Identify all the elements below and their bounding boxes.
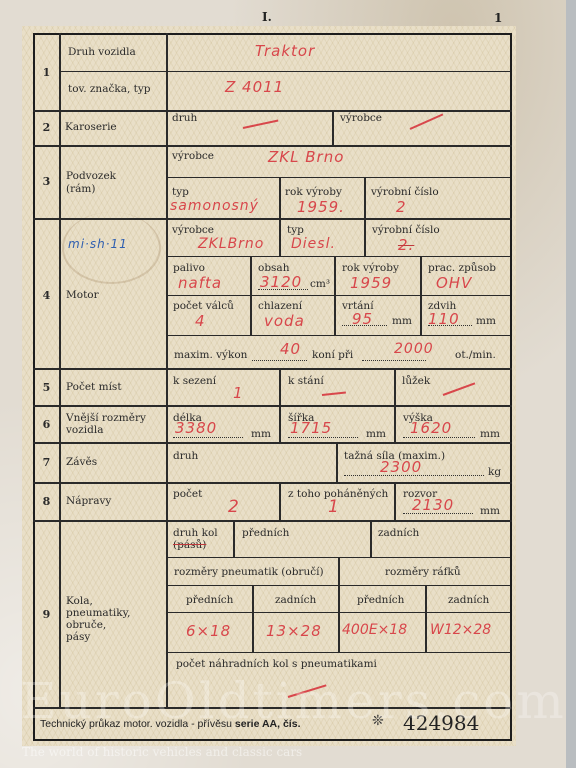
label-column-divider [166, 33, 168, 707]
cell-divider [425, 586, 427, 652]
karoserie-vyrobce-label: výrobce [340, 112, 382, 124]
num-column-divider [59, 33, 61, 707]
napravy-label: Nápravy [66, 495, 111, 507]
row-number: 4 [33, 289, 60, 302]
row-number: 1 [33, 66, 60, 79]
cell-divider [252, 586, 254, 652]
pneu-header: rozměry pneumatik (obručí) [174, 566, 324, 578]
motor-cislo-label: výrobní číslo [372, 224, 440, 236]
podvozek-typ-value: samonosný [170, 198, 259, 214]
podvozek-label: Podvozek [66, 170, 116, 182]
motor-split [167, 295, 510, 296]
cell-divider [338, 558, 340, 653]
row-divider [33, 482, 512, 484]
rafek-predni-value: 400E×18 [342, 622, 407, 638]
row-divider [33, 368, 512, 370]
cell-divider [334, 256, 336, 335]
luzek-label: lůžek [402, 375, 430, 387]
r9-split [167, 652, 510, 653]
podvozek-cislo-value: 2 [396, 198, 407, 216]
obsah-unit: cm³ [310, 278, 330, 290]
prac-zpusob-label: prac. způsob [428, 262, 496, 274]
vykon-value: 40 [280, 340, 301, 358]
cell-divider [394, 368, 396, 405]
row-divider [33, 442, 512, 444]
cell-divider [233, 520, 235, 557]
podvozek-cislo-label: výrobní číslo [371, 186, 439, 198]
cell-divider [279, 218, 281, 256]
pneu-zadnich-label: zadních [275, 594, 316, 606]
cell-divider [364, 218, 366, 256]
sirka-unit: mm [366, 428, 386, 440]
karoserie-label: Karoserie [65, 121, 117, 133]
otacky-unit: ot./min. [455, 349, 496, 361]
pneu-predni-value: 6×18 [186, 622, 231, 640]
row-number: 3 [33, 175, 60, 188]
pocet-valcu-label: počet válců [173, 300, 234, 312]
cell-divider [279, 177, 281, 218]
row-number: 8 [33, 495, 60, 508]
kola-label-3: obruče, [66, 619, 106, 631]
podvozek-vyrobce-label: výrobce [172, 150, 214, 162]
cell-divider [250, 256, 252, 335]
sirka-dotline [288, 437, 358, 438]
pneu-zadni-value: 13×28 [266, 622, 322, 640]
rozvor-unit: mm [480, 505, 500, 517]
palivo-value: nafta [178, 274, 222, 292]
otacky-dotline [362, 360, 426, 361]
cell-divider [279, 482, 281, 520]
druh-kol-zadnich-label: zadních [378, 527, 419, 539]
motor-label: Motor [66, 289, 99, 301]
druh-vozidla-label: Druh vozidla [68, 46, 136, 58]
druh-kol-label: druh kol [173, 527, 218, 539]
cell-divider [279, 368, 281, 405]
druh-kol-pasu-struck: (pásů) [173, 539, 206, 551]
motor-split [167, 335, 510, 336]
motor-rok-label: rok výroby [342, 262, 399, 274]
chlazeni-label: chlazení [258, 300, 302, 312]
nahradnich-kol-label: počet náhradních kol s pneumatikami [176, 658, 377, 670]
motor-vyrobce-label: výrobce [172, 224, 214, 236]
delka-value: 3380 [175, 419, 217, 437]
cell-divider [394, 405, 396, 442]
rafek-prednich-label: předních [357, 594, 404, 606]
tazna-sila-value: 2300 [380, 458, 422, 476]
rozvor-value: 2130 [412, 496, 454, 514]
cell-divider [279, 405, 281, 442]
tazna-sila-unit: kg [488, 466, 501, 478]
motor-typ-label: typ [287, 224, 304, 236]
row-divider [33, 520, 512, 522]
podvozek-vyrobce-value: ZKL Brno [268, 148, 344, 166]
kola-label-2: pneumatiky, [66, 607, 131, 619]
section-mark: I. [262, 10, 272, 24]
pocet-valcu-value: 4 [195, 312, 206, 330]
row-number: 9 [33, 608, 60, 621]
cell-divider [332, 110, 334, 145]
pocet-naprav-label: počet [173, 488, 202, 500]
vykon-label: maxim. výkon [174, 349, 247, 361]
k-sezeni-value: 1 [233, 384, 244, 402]
row-number: 6 [33, 418, 60, 431]
delka-dotline [173, 437, 243, 438]
rafek-zadni-value: W12×28 [430, 622, 491, 638]
koni-pri-label: koní při [312, 349, 353, 361]
druh-vozidla-value: Traktor [255, 42, 315, 60]
obsah-value: 3120 [260, 273, 302, 291]
vykon-dotline [252, 360, 307, 361]
motor-blue-note: mi·sh·11 [68, 237, 128, 251]
row-divider [33, 405, 512, 407]
motor-rok-value: 1959 [350, 274, 392, 292]
watermark-logo: EuroOldtimers.com [20, 672, 567, 730]
karoserie-druh-label: druh [172, 112, 197, 124]
otacky-value: 2000 [394, 341, 434, 357]
cell-divider [420, 256, 422, 335]
sirka-value: 1715 [290, 419, 332, 437]
pocet-naprav-value: 2 [228, 497, 240, 517]
r9-split [167, 612, 510, 613]
page-number: 1 [494, 11, 502, 25]
k-sezeni-label: k sezení [173, 375, 216, 387]
vnejsi-rozmery-label: Vnější rozměry [66, 412, 146, 424]
druh-kol-prednich-label: předních [242, 527, 289, 539]
zaves-druh-label: druh [173, 450, 198, 462]
cell-divider [394, 482, 396, 520]
pohanenych-value: 1 [328, 497, 340, 517]
zdvih-value: 110 [428, 310, 460, 328]
vyska-value: 1620 [410, 419, 452, 437]
vyska-unit: mm [480, 428, 500, 440]
row1-split [60, 71, 510, 72]
palivo-label: palivo [173, 262, 205, 274]
row-divider [33, 110, 512, 112]
r9-split [167, 585, 510, 586]
rafek-zadnich-label: zadních [448, 594, 489, 606]
podvozek-typ-label: typ [172, 186, 189, 198]
cell-divider [370, 520, 372, 557]
row-divider [33, 145, 512, 147]
podvozek-label-rám: (rám) [66, 183, 95, 195]
pneu-prednich-label: předních [186, 594, 233, 606]
row3-split [167, 177, 510, 178]
row-number: 5 [33, 381, 60, 394]
motor-vyrobce-value: ZKLBrno [198, 236, 264, 252]
delka-unit: mm [251, 428, 271, 440]
podvozek-rok-value: 1959. [297, 198, 345, 216]
motor-typ-value: Diesl. [291, 236, 336, 252]
kola-label-4: pásy [66, 631, 90, 643]
pocet-mist-label: Počet míst [66, 381, 122, 393]
vyska-dotline [403, 437, 475, 438]
row-divider [33, 218, 512, 220]
motor-cislo-value: 2. [398, 236, 414, 254]
znacka-typ-value: Z 4011 [225, 78, 284, 96]
zaves-label: Závěs [66, 456, 97, 468]
vrtani-value: 95 [352, 310, 373, 328]
row-number: 7 [33, 456, 60, 469]
watermark-tagline: The world of historic vehicles and class… [22, 745, 302, 759]
vrtani-unit: mm [392, 315, 412, 327]
vnejsi-rozmery-label-2: vozidla [66, 424, 103, 436]
row-number: 2 [33, 121, 60, 134]
znacka-typ-label: tov. značka, typ [68, 83, 151, 95]
chlazeni-value: voda [264, 312, 305, 330]
cell-divider [364, 177, 366, 218]
cell-divider [336, 442, 338, 482]
podvozek-rok-label: rok výroby [285, 186, 342, 198]
k-stani-label: k stání [288, 375, 324, 387]
kola-label-1: Kola, [66, 595, 93, 607]
rafku-header: rozměry ráfků [385, 566, 461, 578]
motor-split [167, 256, 510, 257]
prac-zpusob-value: OHV [436, 274, 472, 292]
zdvih-unit: mm [476, 315, 496, 327]
